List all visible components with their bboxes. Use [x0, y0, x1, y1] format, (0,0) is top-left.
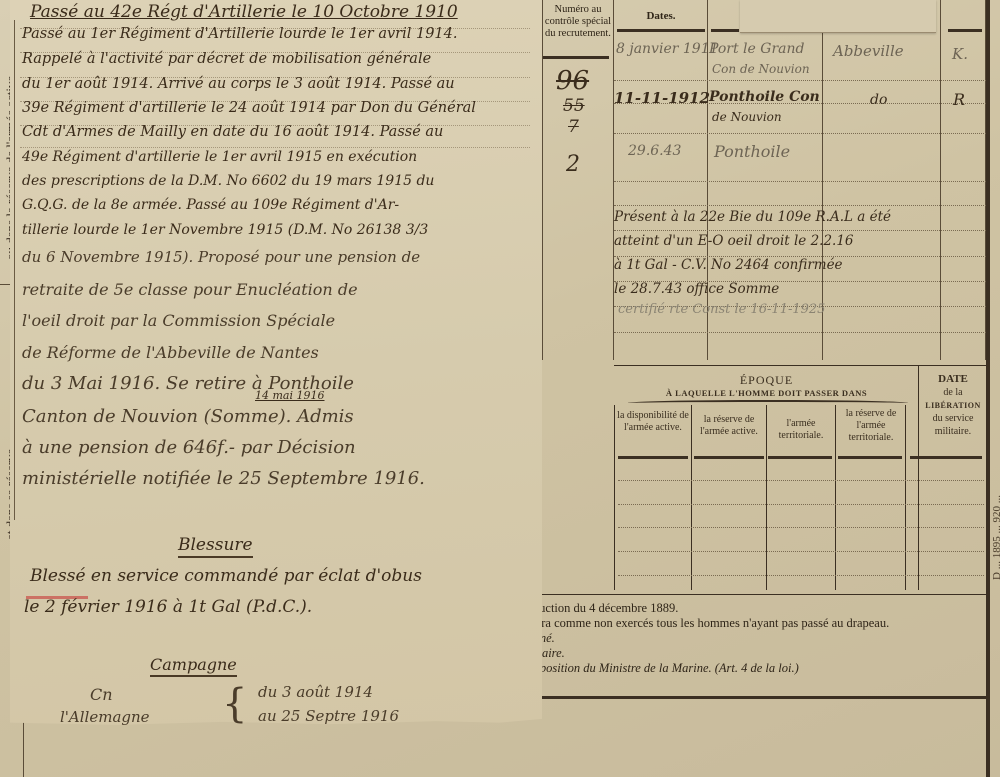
row-place: do	[870, 92, 887, 108]
note-line: atteint d'un E-O oeil droit le 2.2.16	[614, 233, 854, 249]
row-date: 29.6.43	[628, 143, 681, 159]
slip-margin-line	[14, 20, 15, 520]
wound-heading: Blessure	[178, 535, 253, 558]
row-commune: Ponthoile Con	[709, 89, 820, 105]
epoque-col-header: la réserve de l'armée territoriale.	[837, 408, 905, 444]
brace-glyph: {	[222, 684, 247, 724]
epoque-col-line	[905, 405, 906, 590]
note-line: à 1t Gal - C.V. No 2464 confirmée	[614, 257, 843, 273]
row-guide	[618, 480, 984, 481]
header-dates: Dates.	[614, 10, 708, 22]
numero-entry: 2	[566, 152, 580, 177]
row-guide	[618, 575, 984, 576]
epoque-col-line	[918, 365, 919, 590]
epoque-col-line	[835, 405, 836, 590]
right-margin-text: D ... 1895 ... 920 ...	[991, 300, 1000, 580]
numero-entry: 7	[568, 117, 579, 137]
row-commune: Port le Grand	[709, 41, 804, 57]
row-guide	[618, 504, 984, 505]
slip-line: Canton de Nouvion (Somme). Admis	[22, 406, 354, 427]
row-guide	[618, 527, 984, 528]
wound-line: le 2 février 1916 à 1t Gal (P.d.C.).	[24, 597, 312, 617]
row-commune: Ponthoile	[714, 142, 790, 161]
note-line: le 28.7.43 office Somme	[614, 281, 779, 297]
slip-line: l'oeil droit par la Commission Spéciale	[22, 311, 335, 330]
epoque-col-header: l'armée territoriale.	[768, 418, 834, 442]
date-header-line4: du service militaire.	[920, 412, 986, 438]
footer-line: rné.	[535, 631, 889, 646]
table-bottom-rule	[535, 594, 986, 595]
row-guide	[618, 551, 984, 552]
slip-line: Passé au 42e Régt d'Artillerie le 10 Oct…	[30, 2, 458, 22]
campaign-right: au 25 Septre 1916	[258, 707, 399, 725]
pasted-label	[740, 0, 936, 33]
row-canton: Con de Nouvion	[712, 62, 810, 76]
date-header-line2: de la	[920, 386, 986, 399]
epoque-rule	[618, 456, 688, 459]
row-canton: de Nouvion	[712, 110, 782, 124]
epoque-title: ÉPOQUE	[614, 373, 919, 388]
slip-rule	[20, 147, 530, 148]
row-guide	[614, 181, 986, 182]
header-rule	[617, 29, 705, 32]
row-guide	[614, 80, 986, 81]
row-guide	[614, 133, 986, 134]
numero-entry: 96	[556, 66, 589, 96]
footer-rule	[535, 696, 986, 699]
note-line: Présent à la 22e Bie du 109e R.A.L a été	[614, 209, 891, 225]
footer-notes: ruction du 4 décembre 1889. dra comme no…	[535, 601, 889, 676]
slip-line: ministérielle notifiée le 25 Septembre 1…	[22, 468, 425, 489]
header-numero: Numéro au contrôle spécial du recrutemen…	[542, 4, 614, 40]
brace-rule	[628, 400, 908, 406]
pencil-note: certifié rte Const le 16-11-1925	[618, 302, 825, 317]
epoque-rule	[910, 456, 982, 459]
slip-line: Cdt d'Armes de Mailly en date du 16 août…	[22, 124, 443, 140]
slip-line: G.Q.G. de la 8e armée. Passé au 109e Rég…	[22, 197, 399, 213]
epoque-rule	[838, 456, 902, 459]
campaign-right: du 3 août 1914	[258, 683, 373, 701]
epoque-rule	[694, 456, 764, 459]
numero-entry: 55	[563, 96, 585, 116]
slip-line: retraite de 5e classe pour Enucléation d…	[22, 280, 358, 299]
slip-line: 39e Régiment d'artillerie le 24 août 191…	[22, 100, 476, 116]
row-date: 11-11-1912	[614, 89, 710, 107]
header-rule	[711, 29, 739, 32]
campaign-heading: Campagne	[150, 655, 237, 677]
row-guide	[614, 230, 986, 231]
campaign-left: Cn	[90, 685, 113, 704]
col-numero	[542, 0, 614, 360]
slip-line: de Réforme de l'Abbeville de Nantes	[22, 343, 319, 362]
row-code: R	[953, 90, 965, 109]
slip-line: des prescriptions de la D.M. No 6602 du …	[22, 173, 434, 189]
header-rule	[543, 56, 609, 59]
epoque-rule	[768, 456, 832, 459]
slip-insert-date: 14 mai 1916	[255, 389, 325, 402]
epoque-col-header: la disponibilité de l'armée active.	[616, 410, 690, 434]
footer-line: dra comme non exercés tous les hommes n'…	[535, 616, 889, 631]
slip-line: Rappelé à l'activité par décret de mobil…	[22, 51, 431, 67]
slip-line: 49e Régiment d'artillerie le 1er avril 1…	[22, 149, 417, 165]
row-guide	[614, 332, 986, 333]
epoque-col-line	[614, 405, 615, 590]
slip-line: Passé au 1er Régiment d'Artillerie lourd…	[22, 26, 457, 42]
footer-line: liaire.	[535, 646, 889, 661]
epoque-col-line	[691, 405, 692, 590]
liberation-date-header: DATE de la LIBÉRATION du service militai…	[920, 373, 986, 438]
slip-line: du 1er août 1914. Arrivé au corps le 3 a…	[22, 76, 455, 92]
row-guide	[614, 205, 986, 206]
slip-line: tillerie lourde le 1er Novembre 1915 (D.…	[22, 222, 428, 238]
row-date: 8 janvier 1911	[616, 41, 719, 57]
header-rule	[948, 29, 982, 32]
epoque-col-line	[766, 405, 767, 590]
date-header-line1: DATE	[920, 373, 986, 386]
epoque-col-header: la réserve de l'armée active.	[693, 414, 765, 438]
wound-line: Blessé en service commandé par éclat d'o…	[30, 566, 422, 586]
footer-line: ruction du 4 décembre 1889.	[535, 601, 889, 616]
campaign-left: l'Allemagne	[60, 708, 150, 726]
slip-line: du 6 Novembre 1915). Proposé pour une pe…	[22, 248, 420, 266]
slip-line: à une pension de 646f.- par Décision	[22, 437, 356, 458]
footer-line: sposition du Ministre de la Marine. (Art…	[535, 661, 889, 676]
epoque-subtitle: À LAQUELLE L'HOMME DOIT PASSER DANS	[614, 388, 919, 398]
row-place: Abbeville	[833, 42, 904, 60]
row-code: K.	[952, 45, 968, 63]
right-border	[986, 0, 990, 777]
date-header-line3: LIBÉRATION	[920, 399, 986, 412]
